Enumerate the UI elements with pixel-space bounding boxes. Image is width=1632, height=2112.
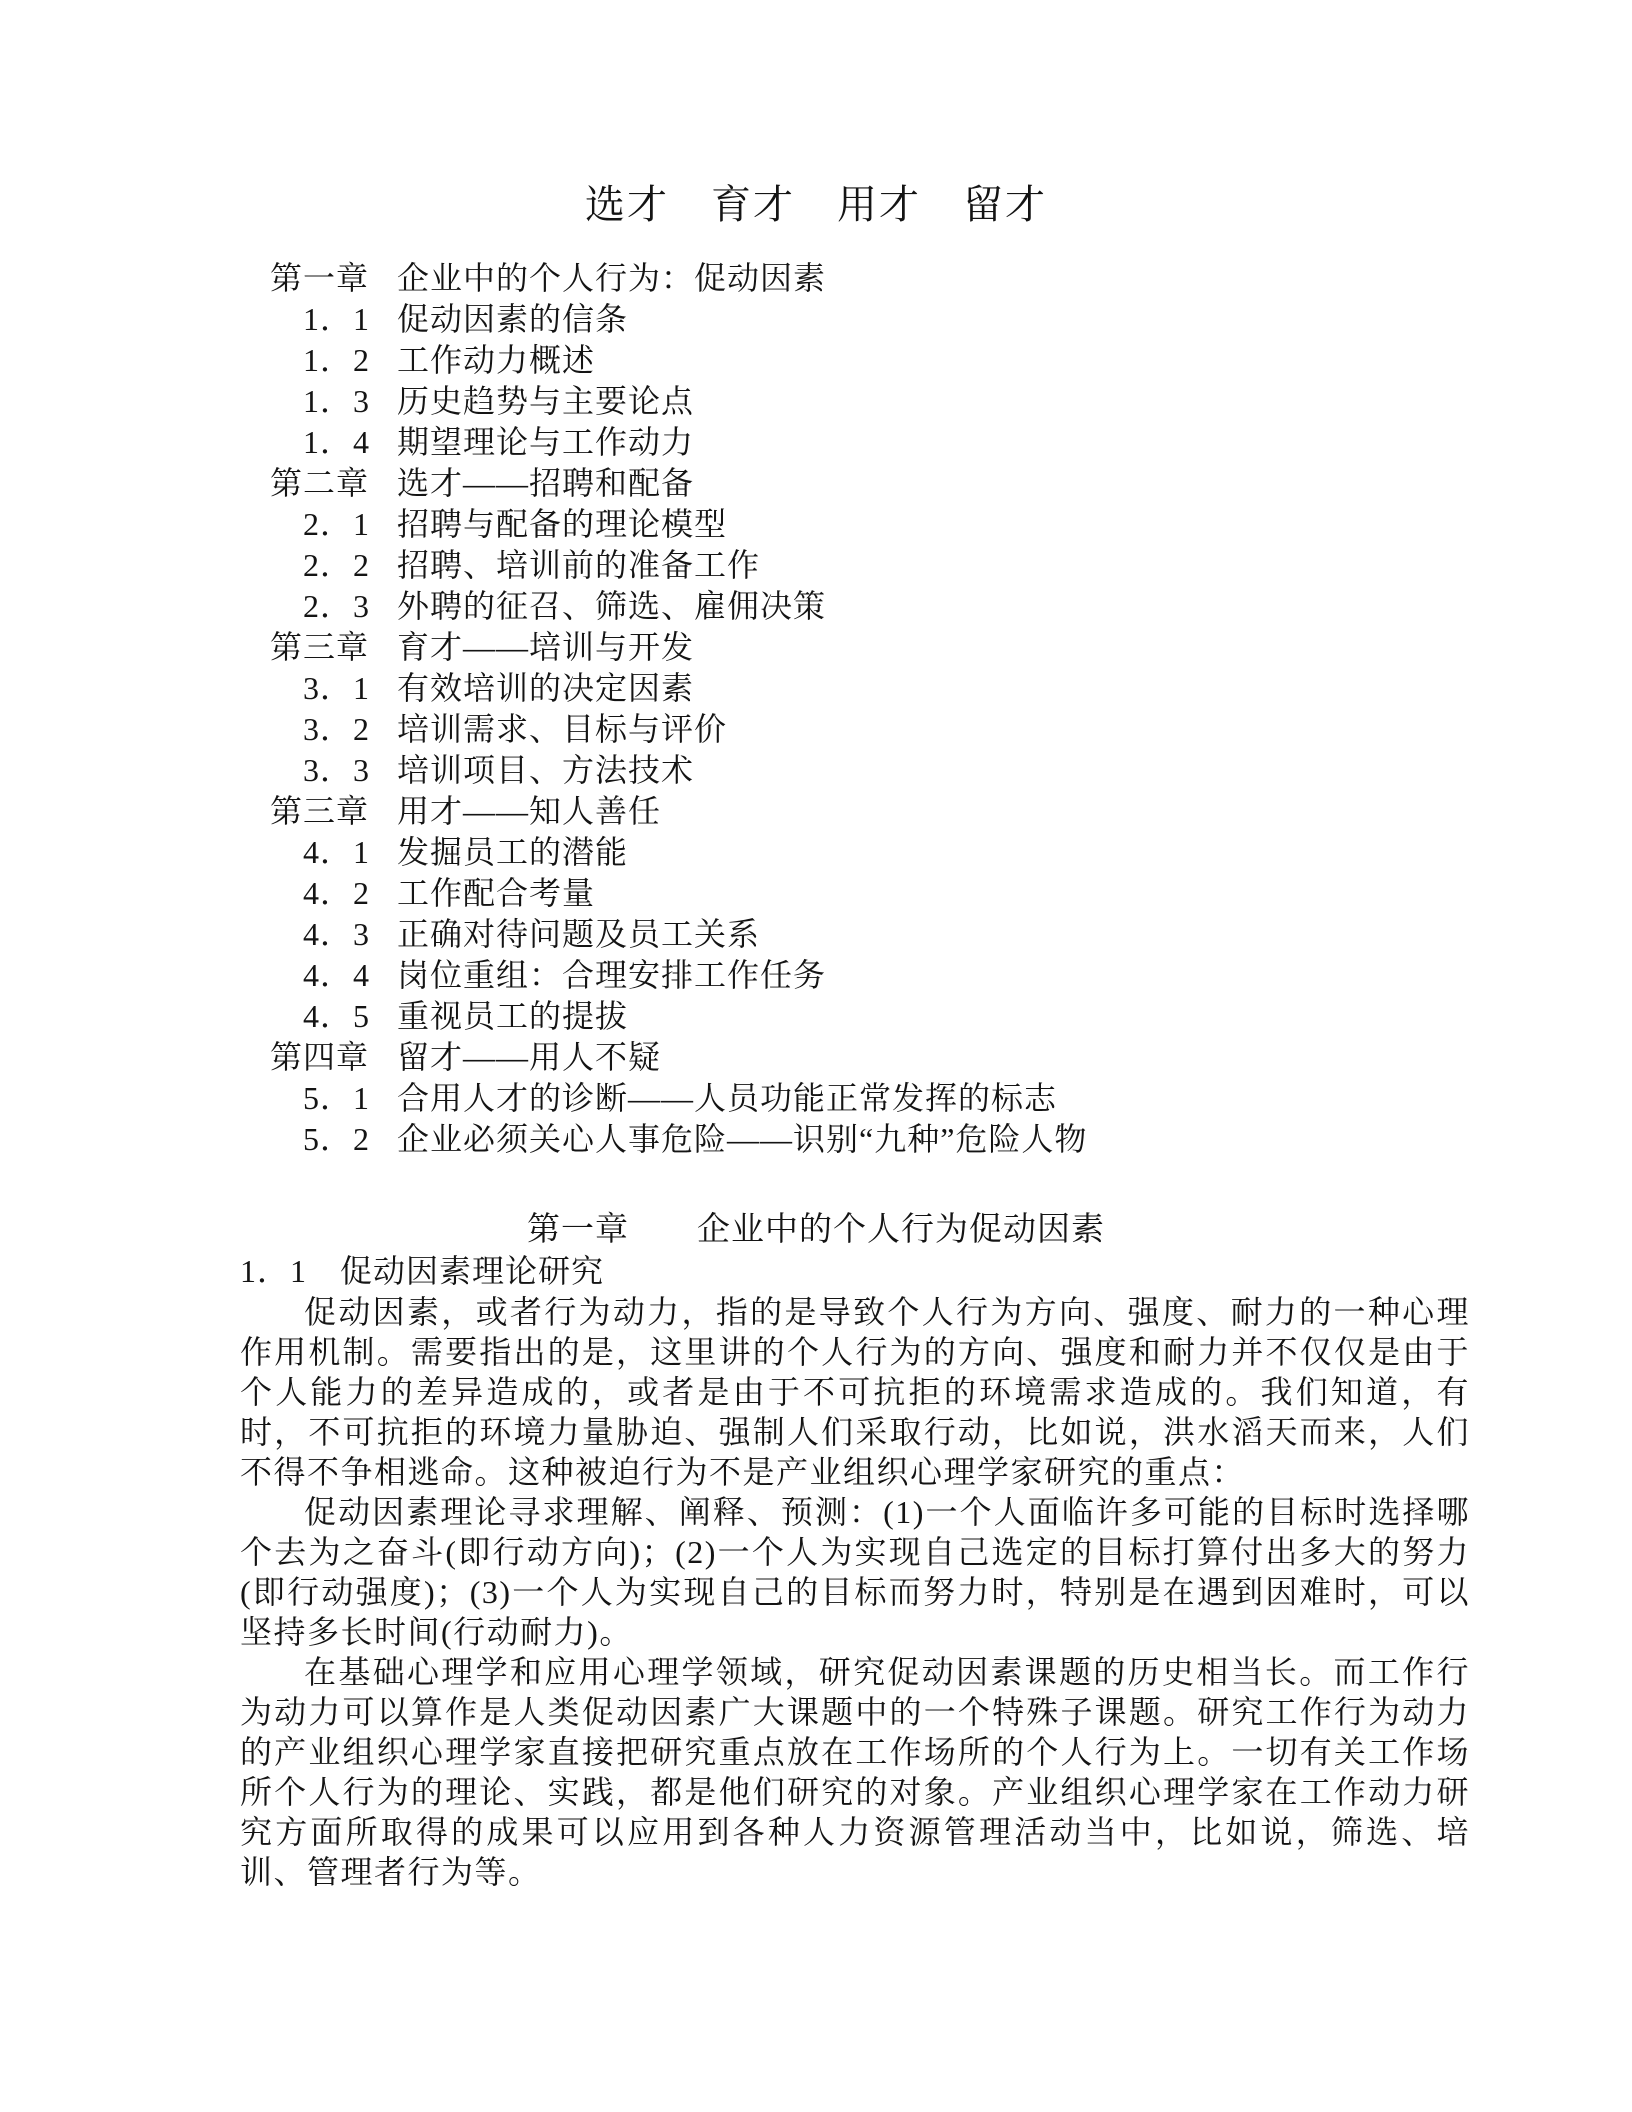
toc-section-row: 5．1合用人才的诊断——人员功能正常发挥的标志 <box>0 1078 1632 1119</box>
body-paragraph: 促动因素，或者行为动力，指的是导致个人行为方向、强度、耐力的一种心理作用机制。需… <box>240 1292 1470 1492</box>
toc-section-row: 2．2招聘、培训前的准备工作 <box>0 545 1632 586</box>
toc-section-row: 2．3外聘的征召、筛选、雇佣决策 <box>0 586 1632 627</box>
toc-section-row: 4．4岗位重组：合理安排工作任务 <box>0 955 1632 996</box>
toc-entry-label: 5．2 <box>303 1119 397 1160</box>
toc-chapter-row: 第二章选才——招聘和配备 <box>0 463 1632 504</box>
toc-entry-title: 历史趋势与主要论点 <box>397 383 694 419</box>
toc-entry-title: 有效培训的决定因素 <box>397 670 694 706</box>
toc-entry-title: 招聘、培训前的准备工作 <box>397 547 760 583</box>
body-paragraphs: 促动因素，或者行为动力，指的是导致个人行为方向、强度、耐力的一种心理作用机制。需… <box>240 1292 1470 1892</box>
toc-entry-label: 3．3 <box>303 750 397 791</box>
toc-section-row: 3．3培训项目、方法技术 <box>0 750 1632 791</box>
toc-entry-label: 第三章 <box>270 627 397 668</box>
toc-entry-title: 促动因素的信条 <box>397 301 628 337</box>
body-paragraph: 促动因素理论寻求理解、阐释、预测：(1)一个人面临许多可能的目标时选择哪个去为之… <box>240 1492 1470 1652</box>
toc-entry-label: 1．3 <box>303 381 397 422</box>
toc-entry-title: 招聘与配备的理论模型 <box>397 506 727 542</box>
toc-entry-label: 第一章 <box>270 258 397 299</box>
toc-entry-label: 3．1 <box>303 668 397 709</box>
toc-entry-label: 2．1 <box>303 504 397 545</box>
toc-entry-title: 合用人才的诊断——人员功能正常发挥的标志 <box>397 1080 1057 1116</box>
toc-entry-title: 留才——用人不疑 <box>397 1039 661 1075</box>
toc-entry-label: 4．4 <box>303 955 397 996</box>
toc-entry-label: 4．5 <box>303 996 397 1037</box>
toc-entry-title: 培训项目、方法技术 <box>397 752 694 788</box>
toc-entry-label: 2．2 <box>303 545 397 586</box>
toc-chapter-row: 第三章用才——知人善任 <box>0 791 1632 832</box>
toc-entry-title: 正确对待问题及员工关系 <box>397 916 760 952</box>
toc-entry-title: 企业中的个人行为：促动因素 <box>397 260 826 296</box>
toc-entry-title: 岗位重组：合理安排工作任务 <box>397 957 826 993</box>
toc-section-row: 4．2工作配合考量 <box>0 873 1632 914</box>
toc-section-row: 1．4期望理论与工作动力 <box>0 422 1632 463</box>
toc-entry-label: 1．2 <box>303 340 397 381</box>
toc-section-row: 4．3正确对待问题及员工关系 <box>0 914 1632 955</box>
toc-entry-title: 工作动力概述 <box>397 342 595 378</box>
toc-entry-title: 工作配合考量 <box>397 875 595 911</box>
toc-entry-title: 用才——知人善任 <box>397 793 661 829</box>
toc-entry-title: 企业必须关心人事危险——识别“九种”危险人物 <box>397 1121 1087 1157</box>
toc-entry-label: 第三章 <box>270 791 397 832</box>
toc-section-row: 1．1促动因素的信条 <box>0 299 1632 340</box>
toc-entry-title: 重视员工的提拔 <box>397 998 628 1034</box>
toc-section-row: 3．1有效培训的决定因素 <box>0 668 1632 709</box>
toc-entry-title: 育才——培训与开发 <box>397 629 694 665</box>
chapter-heading: 第一章 企业中的个人行为促动因素 <box>0 1210 1632 1251</box>
toc-section-row: 4．5重视员工的提拔 <box>0 996 1632 1037</box>
page-title: 选才 育才 用才 留才 <box>0 0 1632 230</box>
toc-section-row: 1．2工作动力概述 <box>0 340 1632 381</box>
section-subheading: 1．1 促动因素理论研究 <box>240 1251 1470 1292</box>
toc-chapter-row: 第三章育才——培训与开发 <box>0 627 1632 668</box>
toc-section-row: 3．2培训需求、目标与评价 <box>0 709 1632 750</box>
toc-entry-label: 4．1 <box>303 832 397 873</box>
toc-section-row: 4．1发掘员工的潜能 <box>0 832 1632 873</box>
toc-entry-title: 发掘员工的潜能 <box>397 834 628 870</box>
toc-section-row: 5．2企业必须关心人事危险——识别“九种”危险人物 <box>0 1119 1632 1160</box>
toc-entry-label: 1．4 <box>303 422 397 463</box>
toc-entry-title: 选才——招聘和配备 <box>397 465 694 501</box>
toc-entry-label: 4．3 <box>303 914 397 955</box>
chapter-body: 1．1 促动因素理论研究 促动因素，或者行为动力，指的是导致个人行为方向、强度、… <box>0 1251 1470 1892</box>
toc-entry-title: 期望理论与工作动力 <box>397 424 694 460</box>
toc-entry-label: 第二章 <box>270 463 397 504</box>
toc-entry-label: 5．1 <box>303 1078 397 1119</box>
toc-entry-label: 4．2 <box>303 873 397 914</box>
toc-chapter-row: 第四章留才——用人不疑 <box>0 1037 1632 1078</box>
toc-entry-label: 第四章 <box>270 1037 397 1078</box>
toc-section-row: 2．1招聘与配备的理论模型 <box>0 504 1632 545</box>
body-paragraph: 在基础心理学和应用心理学领域，研究促动因素课题的历史相当长。而工作行为动力可以算… <box>240 1652 1470 1892</box>
toc-entry-title: 培训需求、目标与评价 <box>397 711 727 747</box>
toc-entry-label: 3．2 <box>303 709 397 750</box>
toc-entry-label: 1．1 <box>303 299 397 340</box>
toc-entry-label: 2．3 <box>303 586 397 627</box>
toc-entry-title: 外聘的征召、筛选、雇佣决策 <box>397 588 826 624</box>
toc-chapter-row: 第一章企业中的个人行为：促动因素 <box>0 258 1632 299</box>
document-page: 选才 育才 用才 留才 第一章企业中的个人行为：促动因素1．1促动因素的信条1．… <box>0 0 1632 2112</box>
table-of-contents: 第一章企业中的个人行为：促动因素1．1促动因素的信条1．2工作动力概述1．3历史… <box>0 258 1632 1160</box>
toc-section-row: 1．3历史趋势与主要论点 <box>0 381 1632 422</box>
